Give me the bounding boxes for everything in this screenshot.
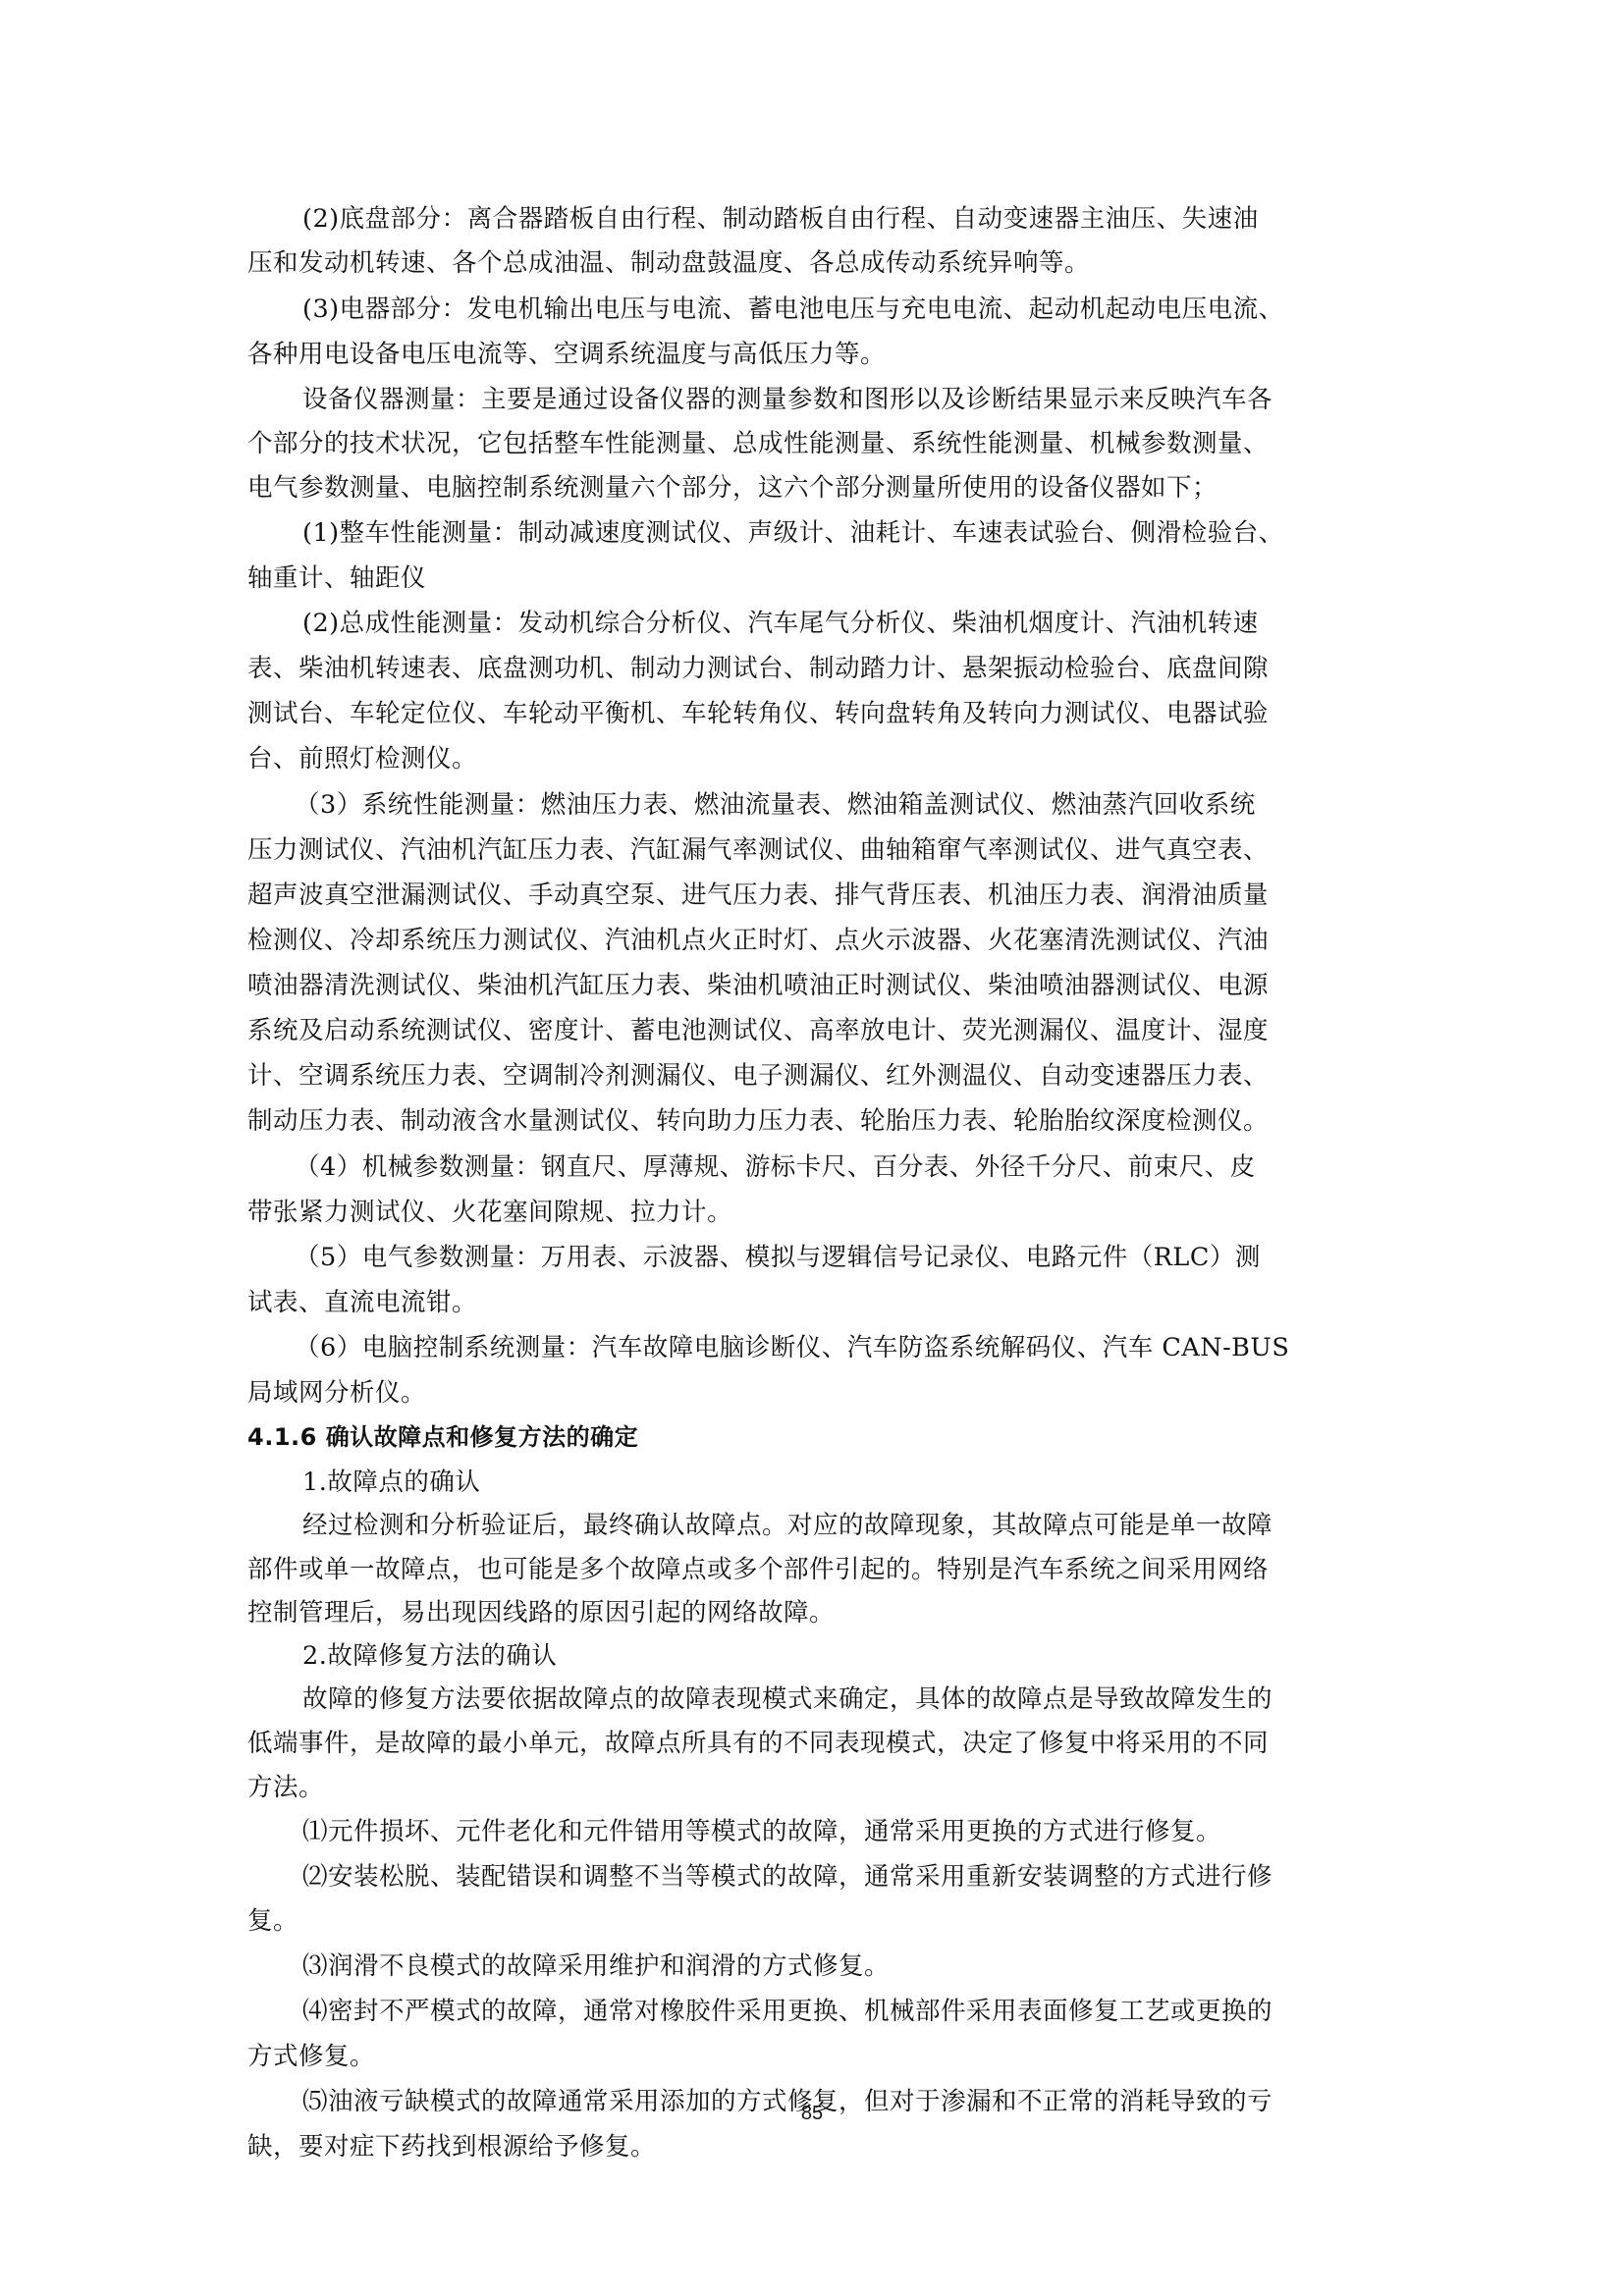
paragraph-line: (3)电器部分：发电机输出电压与电流、蓄电池电压与充电电流、起动机起动电压电流、	[302, 287, 1284, 332]
paragraph-line: 制动压力表、制动液含水量测试仪、转向助力压力表、轮胎压力表、轮胎胎纹深度检测仪。	[247, 1098, 1269, 1144]
paragraph-line: （4）机械参数测量：钢直尺、厚薄规、游标卡尺、百分表、外径千分尺、前束尺、皮	[295, 1145, 1256, 1190]
paragraph-line: 表、柴油机转速表、底盘测功机、制动力测试台、制动踏力计、悬架振动检验台、底盘间隙	[247, 646, 1269, 691]
list-item-continuation: 方式修复。	[247, 2034, 375, 2079]
paragraph-line: 经过检测和分析验证后，最终确认故障点。对应的故障现象，其故障点可能是单一故障	[302, 1503, 1272, 1548]
list-item: ⑶润滑不良模式的故障采用维护和润滑的方式修复。	[302, 1944, 890, 1989]
paragraph-line: 故障的修复方法要依据故障点的故障表现模式来确定，具体的故障点是导致故障发生的	[302, 1677, 1272, 1722]
paragraph-line: 电气参数测量、电脑控制系统测量六个部分，这六个部分测量所使用的设备仪器如下；	[247, 465, 1218, 510]
paragraph-line: （6）电脑控制系统测量：汽车故障电脑诊断仪、汽车防盗系统解码仪、汽车 CAN-B…	[295, 1325, 1289, 1370]
paragraph-line: (2)底盘部分：离合器踏板自由行程、制动踏板自由行程、自动变速器主油压、失速油	[302, 196, 1259, 241]
paragraph-line: 计、空调系统压力表、空调制冷剂测漏仪、电子测漏仪、红外测温仪、自动变速器压力表、	[247, 1053, 1269, 1098]
section-heading: 4.1.6 确认故障点和修复方法的确定	[247, 1415, 638, 1460]
paragraph-line: 台、前照灯检测仪。	[247, 736, 477, 781]
paragraph-line: 设备仪器测量：主要是通过设备仪器的测量参数和图形以及诊断结果显示来反映汽车各	[302, 377, 1272, 422]
paragraph-line: 压和发动机转速、各个总成油温、制动盘鼓温度、各总成传动系统异响等。	[247, 240, 1090, 286]
paragraph-line: 轴重计、轴距仪	[247, 556, 426, 601]
list-item: ⑵安装松脱、装配错误和调整不当等模式的故障，通常采用重新安装调整的方式进行修	[302, 1854, 1272, 1899]
paragraph-line: 方法。	[247, 1765, 324, 1810]
paragraph-line: （3）系统性能测量：燃油压力表、燃油流量表、燃油箱盖测试仪、燃油蒸汽回收系统	[295, 782, 1256, 828]
paragraph-line: 带张紧力测试仪、火花塞间隙规、拉力计。	[247, 1190, 732, 1235]
paragraph-line: 检测仪、冷却系统压力测试仪、汽油机点火正时灯、点火示波器、火花塞清洗测试仪、汽油	[247, 918, 1269, 963]
paragraph-line: 个部分的技术状况，它包括整车性能测量、总成性能测量、系统性能测量、机械参数测量、	[247, 421, 1269, 466]
paragraph-line: 部件或单一故障点，也可能是多个故障点或多个部件引起的。特别是汽车系统之间采用网络	[247, 1547, 1269, 1592]
paragraph-line: 局域网分析仪。	[247, 1370, 426, 1415]
list-item: ⑷密封不严模式的故障，通常对橡胶件采用更换、机械部件采用表面修复工艺或更换的	[302, 1989, 1272, 2034]
paragraph-line: (2)总成性能测量：发动机综合分析仪、汽车尾气分析仪、柴油机烟度计、汽油机转速	[302, 601, 1259, 646]
paragraph-line: 各种用电设备电压电流等、空调系统温度与高低压力等。	[247, 332, 886, 377]
paragraph-line: （5）电气参数测量：万用表、示波器、模拟与逻辑信号记录仪、电路元件（RLC）测	[295, 1235, 1261, 1280]
paragraph-line: 控制管理后，易出现因线路的原因引起的网络故障。	[247, 1590, 835, 1635]
page-number: 85	[0, 2103, 1624, 2125]
list-item-continuation: 缺，要对症下药找到根源给予修复。	[247, 2124, 656, 2169]
paragraph-line: 测试台、车轮定位仪、车轮动平衡机、车轮转角仪、转向盘转角及转向力测试仪、电器试验	[247, 691, 1269, 736]
subsection-title: 1.故障点的确认	[302, 1460, 480, 1505]
paragraph-line: 喷油器清洗测试仪、柴油机汽缸压力表、柴油机喷油正时测试仪、柴油喷油器测试仪、电源	[247, 963, 1269, 1008]
paragraph-line: 压力测试仪、汽油机汽缸压力表、汽缸漏气率测试仪、曲轴箱窜气率测试仪、进气真空表、	[247, 828, 1269, 873]
paragraph-line: 试表、直流电流钳。	[247, 1280, 477, 1325]
list-item-continuation: 复。	[247, 1898, 298, 1944]
paragraph-line: 超声波真空泄漏测试仪、手动真空泵、进气压力表、排气背压表、机油压力表、润滑油质量	[247, 873, 1269, 918]
subsection-title: 2.故障修复方法的确认	[302, 1633, 557, 1679]
paragraph-line: 低端事件，是故障的最小单元，故障点所具有的不同表现模式，决定了修复中将采用的不同	[247, 1721, 1269, 1766]
paragraph-line: 系统及启动系统测试仪、密度计、蓄电池测试仪、高率放电计、荧光测漏仪、温度计、湿度	[247, 1008, 1269, 1053]
list-item: ⑴元件损坏、元件老化和元件错用等模式的故障，通常采用更换的方式进行修复。	[302, 1809, 1221, 1854]
paragraph-line: (1)整车性能测量：制动减速度测试仪、声级计、油耗计、车速表试验台、侧滑检验台、	[302, 510, 1284, 556]
